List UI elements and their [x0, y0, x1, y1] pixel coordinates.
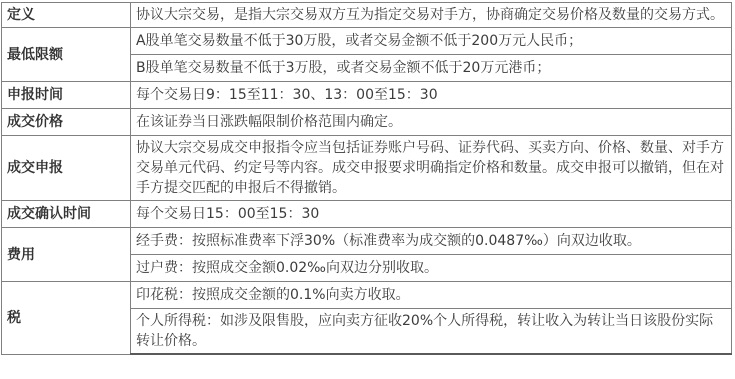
cell-minimum-limit-b-share: B股单笔交易数量不低于3万股，或者交易金额不低于20万元港币； [131, 55, 732, 82]
table-row: 费用 经手费：按照标准费率下浮30%（标准费率为成交额的0.0487‰）向双边收… [2, 228, 732, 255]
row-label-tax: 税 [2, 282, 131, 355]
cell-declaration-time: 每个交易日9：15至11：30、13：00至15：30 [131, 82, 732, 109]
cell-transaction-declaration: 协议大宗交易成交申报指令应当包括证券账户号码、证券代码、买卖方向、价格、数量、对… [131, 136, 732, 201]
cell-minimum-limit-a-share: A股单笔交易数量不低于30万股，或者交易金额不低于200万元人民币； [131, 28, 732, 55]
row-label-definition: 定义 [2, 3, 131, 28]
table-row: 定义 协议大宗交易，是指大宗交易双方互为指定交易对手方，协商确定交易价格及数量的… [2, 3, 732, 28]
row-label-declaration-time: 申报时间 [2, 82, 131, 109]
cell-confirmation-time: 每个交易日15：00至15：30 [131, 201, 732, 228]
row-label-confirmation-time: 成交确认时间 [2, 201, 131, 228]
cell-fee-transfer: 过户费：按照成交金额0.02‰向双边分别收取。 [131, 255, 732, 282]
row-label-transaction-price: 成交价格 [2, 109, 131, 136]
table-row: 申报时间 每个交易日9：15至11：30、13：00至15：30 [2, 82, 732, 109]
table-row: 税 印花税：按照成交金额的0.1%向卖方收取。 [2, 282, 732, 309]
row-label-fees: 费用 [2, 228, 131, 282]
table-row: 最低限额 A股单笔交易数量不低于30万股，或者交易金额不低于200万元人民币； [2, 28, 732, 55]
cell-fee-handling: 经手费：按照标准费率下浮30%（标准费率为成交额的0.0487‰）向双边收取。 [131, 228, 732, 255]
block-trade-rules-table: 定义 协议大宗交易，是指大宗交易双方互为指定交易对手方，协商确定交易价格及数量的… [1, 2, 732, 355]
table-row: 成交确认时间 每个交易日15：00至15：30 [2, 201, 732, 228]
table-row: 成交价格 在该证券当日涨跌幅限制价格范围内确定。 [2, 109, 732, 136]
cell-definition: 协议大宗交易，是指大宗交易双方互为指定交易对手方，协商确定交易价格及数量的交易方… [131, 3, 732, 28]
cell-tax-personal-income: 个人所得税：如涉及限售股，应向卖方征收20%个人所得税，转让收入为转让当日该股份… [131, 309, 732, 355]
row-label-minimum-limit: 最低限额 [2, 28, 131, 82]
page: 定义 协议大宗交易，是指大宗交易双方互为指定交易对手方，协商确定交易价格及数量的… [0, 0, 735, 379]
table-row: 成交申报 协议大宗交易成交申报指令应当包括证券账户号码、证券代码、买卖方向、价格… [2, 136, 732, 201]
cell-transaction-price: 在该证券当日涨跌幅限制价格范围内确定。 [131, 109, 732, 136]
row-label-transaction-declaration: 成交申报 [2, 136, 131, 201]
cell-tax-stamp-duty: 印花税：按照成交金额的0.1%向卖方收取。 [131, 282, 732, 309]
